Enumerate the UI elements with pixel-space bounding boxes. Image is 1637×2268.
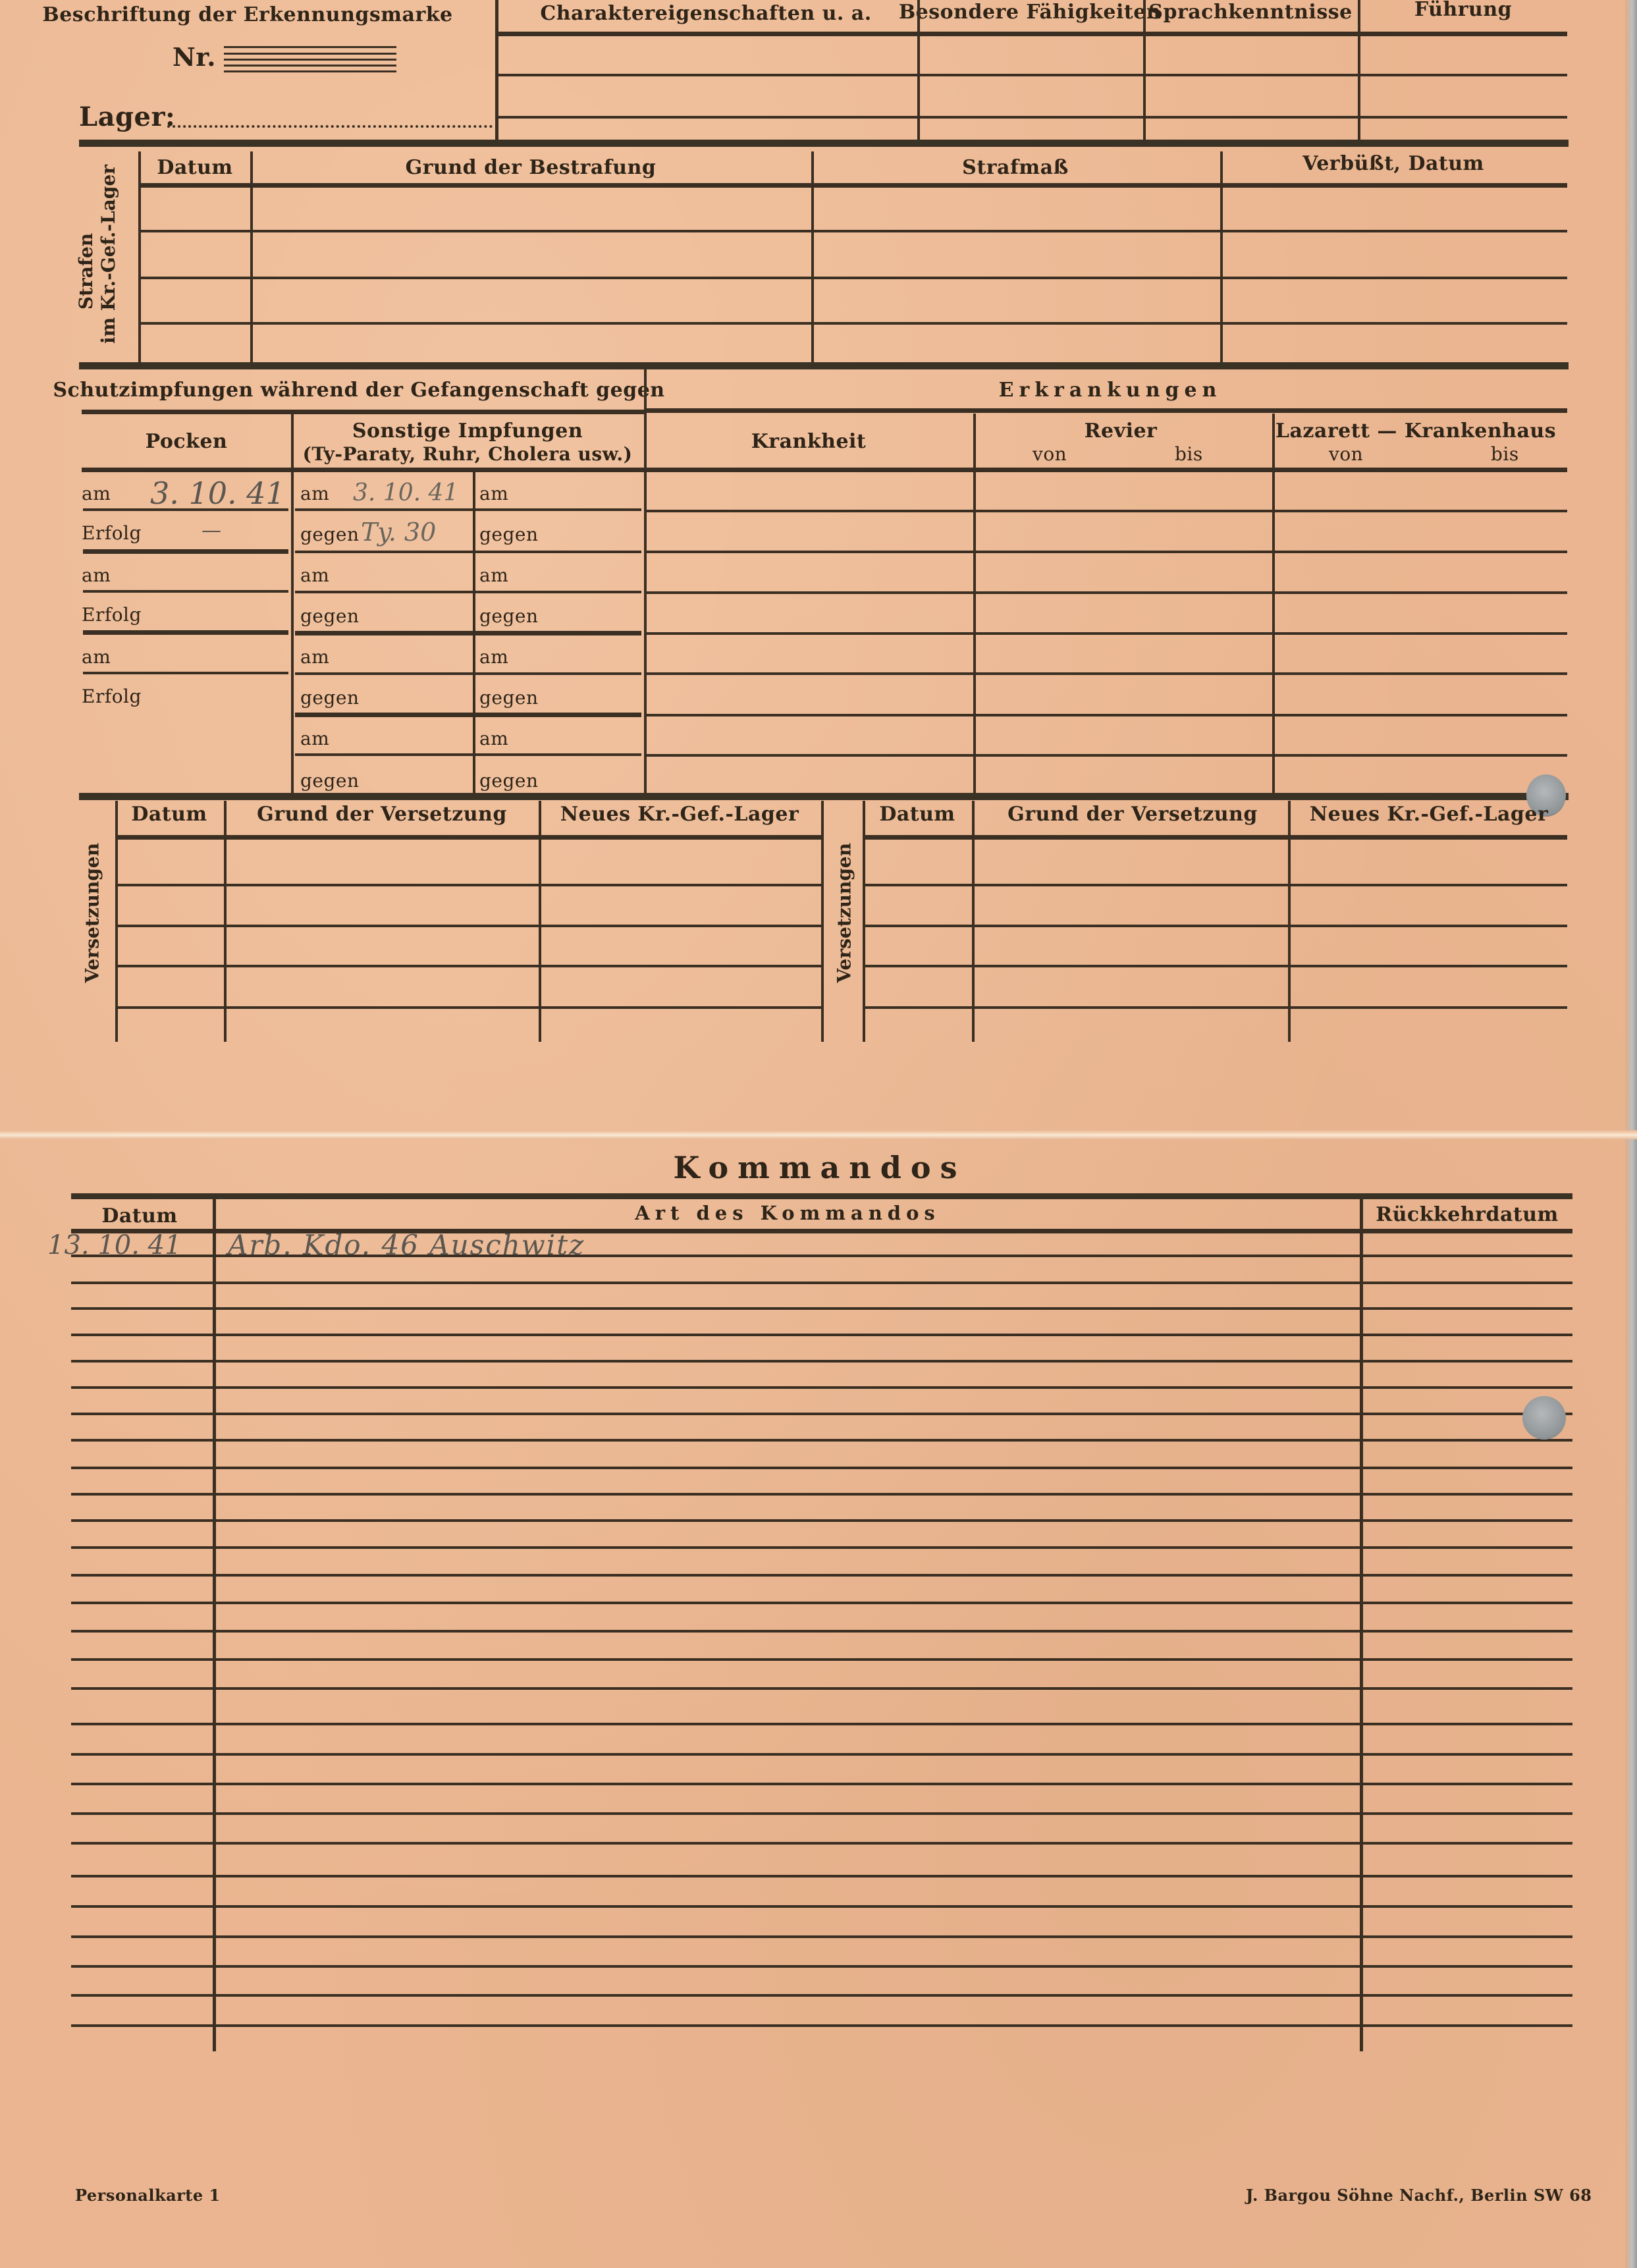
versetzungen-col-datum: Datum — [879, 805, 955, 824]
col-header-sprachkenntnisse: Sprachkenntnisse — [1148, 3, 1352, 22]
row-rule — [295, 551, 641, 553]
lazarett-von: von — [1329, 445, 1363, 464]
pocken-row-label: am — [82, 485, 111, 503]
kommandos-col-datum: Datum — [101, 1206, 177, 1226]
pocken-row-label: Erfolg — [82, 688, 142, 706]
row-rule — [295, 591, 641, 593]
row-rule — [140, 322, 1567, 325]
versetzungen-col-datum: Datum — [131, 805, 207, 824]
kommandos-row[interactable]: 13. 10. 41 Arb. Kdo. 46 Auschwitz — [71, 1229, 1572, 1255]
header-rule — [82, 410, 644, 414]
section-rule — [79, 793, 1569, 800]
header-rule — [647, 408, 1567, 413]
sonstige-label-a: gegen — [300, 772, 360, 790]
pocken-row-value[interactable]: 3. 10. 41 — [150, 475, 285, 511]
sonstige-label-b: am — [479, 485, 508, 503]
strafen-col-datum: Datum — [157, 158, 232, 178]
row-rule — [295, 713, 641, 717]
header-rule — [140, 183, 1567, 188]
pocken-row-label: Erfolg — [82, 606, 142, 624]
versetzungen-col-lager: Neues Kr.-Gef.-Lager — [560, 805, 799, 824]
sonstige-label-b: gegen — [479, 607, 539, 626]
versetzungen-side-label: Versetzungen — [834, 865, 855, 983]
strafen-row[interactable] — [141, 188, 1567, 229]
row-rule — [295, 753, 641, 756]
sonstige-sublabel: (Ty-Paraty, Ruhr, Cholera usw.) — [303, 445, 633, 464]
header-rule — [71, 1193, 1572, 1199]
row-rule — [140, 277, 1567, 279]
pocken-label: Pocken — [146, 432, 228, 452]
sonstige-value-a[interactable]: Ty. 30 — [361, 518, 436, 547]
fold-crease — [0, 1130, 1637, 1139]
punch-hole — [1522, 1396, 1566, 1440]
schutzimpfungen-heading: Schutzimpfungen während der Gefangenscha… — [53, 381, 664, 400]
cell-sprachkenntnisse[interactable] — [1146, 37, 1358, 142]
sonstige-label-a: gegen — [300, 526, 360, 544]
footer-form-number: Personalkarte 1 — [75, 2188, 221, 2203]
sonstige-label-a: am — [300, 730, 329, 748]
versetzungen-right-rows[interactable] — [865, 840, 1567, 1040]
sonstige-label-a: gegen — [300, 689, 360, 707]
row-rule — [83, 508, 288, 511]
header-rule — [498, 32, 1567, 36]
col-header-faehigkeiten: Besondere Fähigkeiten — [899, 3, 1161, 22]
row-rule — [140, 230, 1567, 232]
section-rule — [79, 362, 1569, 369]
col-header-charakter: Charaktereigenschaften u. a. — [540, 4, 871, 24]
header-rule — [864, 835, 1567, 840]
row-rule — [295, 631, 641, 635]
row-rule — [295, 672, 641, 675]
sonstige-label-b: gegen — [479, 689, 539, 707]
revier-bis: bis — [1175, 445, 1203, 464]
row-rule — [71, 1255, 1572, 1257]
versetzungen-side-label: Versetzungen — [82, 865, 103, 983]
row-rule — [83, 672, 288, 674]
row-rule — [295, 508, 641, 511]
kommandos-col-art: Art des Kommandos — [635, 1204, 940, 1223]
sonstige-label-b: am — [479, 730, 508, 748]
versetzungen-col-lager: Neues Kr.-Gef.-Lager — [1310, 805, 1549, 824]
sonstige-label-b: gegen — [479, 772, 539, 790]
strafen-row[interactable] — [141, 325, 1567, 365]
cell-charakter[interactable] — [498, 37, 917, 142]
pocken-row-label: am — [82, 648, 111, 666]
nr-label: Nr. — [173, 45, 216, 70]
strafen-col-strafmass: Strafmaß — [962, 158, 1069, 178]
sonstige-label-b: am — [479, 566, 508, 585]
versetzungen-col-grund: Grund der Versetzung — [257, 805, 507, 824]
sonstige-label-a: am — [300, 648, 329, 666]
sonstige-label-a: am — [300, 485, 329, 503]
versetzungen-col-grund: Grund der Versetzung — [1007, 805, 1258, 824]
pocken-row-label: am — [82, 566, 111, 585]
row-rule — [83, 549, 288, 554]
kommandos-empty-rows[interactable] — [71, 1258, 1572, 2048]
cell-faehigkeiten[interactable] — [920, 37, 1143, 142]
kommandos-col-rueckkehr: Rückkehrdatum — [1376, 1205, 1559, 1225]
strafen-side-label-line1: Strafen — [75, 199, 97, 344]
sonstige-label-a: gegen — [300, 607, 360, 626]
sonstige-label-a: am — [300, 566, 329, 585]
row-rule — [83, 630, 288, 635]
nr-field[interactable] — [224, 46, 396, 75]
revier-label: Revier — [1085, 421, 1158, 441]
lager-label: Lager: — [79, 104, 175, 130]
kommandos-title: Kommandos — [674, 1152, 967, 1183]
col-header-fuehrung: Führung — [1414, 0, 1512, 20]
pocken-row-value[interactable]: — — [201, 519, 221, 542]
versetzungen-left-rows[interactable] — [119, 840, 820, 1040]
lager-field[interactable] — [167, 122, 493, 128]
strafen-col-verbuesst: Verbüßt, Datum — [1302, 154, 1484, 174]
strafen-row[interactable] — [141, 280, 1567, 321]
strafen-col-grund: Grund der Bestrafung — [406, 158, 657, 178]
header-rule — [82, 468, 644, 472]
header-rule — [647, 468, 1567, 472]
strafen-side-label: Strafen im Kr.-Gef.-Lager — [75, 199, 120, 344]
sonstige-value-a[interactable]: 3. 10. 41 — [353, 479, 458, 506]
sonstige-label: Sonstige Impfungen — [352, 421, 583, 441]
erkennungsmarke-heading: Beschriftung der Erkennungsmarke — [42, 5, 452, 25]
pocken-row-label: Erfolg — [82, 524, 142, 543]
strafen-side-label-line2: im Kr.-Gef.-Lager — [97, 199, 120, 344]
lazarett-label: Lazarett — Krankenhaus — [1275, 421, 1556, 441]
cell-fuehrung[interactable] — [1360, 37, 1567, 142]
header-rule — [117, 835, 822, 840]
sonstige-label-b: am — [479, 648, 508, 666]
erkrankungen-rows-area[interactable] — [648, 473, 1567, 794]
krankheit-label: Krankheit — [751, 432, 867, 452]
lazarett-bis: bis — [1491, 445, 1519, 464]
section-rule — [79, 140, 1569, 147]
strafen-row[interactable] — [141, 233, 1567, 276]
footer-printer: J. Bargou Söhne Nachf., Berlin SW 68 — [1246, 2188, 1592, 2203]
revier-von: von — [1033, 445, 1067, 464]
row-rule — [83, 590, 288, 593]
erkrankungen-heading: Erkrankungen — [999, 381, 1222, 400]
section-divider — [644, 366, 647, 796]
sonstige-label-b: gegen — [479, 526, 539, 544]
